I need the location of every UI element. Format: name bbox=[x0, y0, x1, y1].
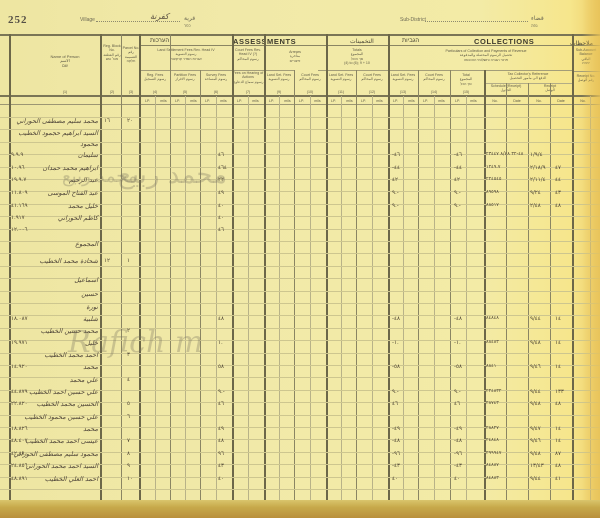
subdistrict-label: Sub-District bbox=[400, 17, 426, 23]
grid-line bbox=[0, 489, 600, 490]
col-coll-land-arabic: رسوم التسوية bbox=[388, 77, 418, 81]
person-name: المجموع bbox=[28, 240, 98, 248]
vrule-coll-total-right bbox=[484, 70, 486, 500]
person-name: سليمان bbox=[28, 151, 98, 159]
col-parcel-header: Parcel No. رقم القسيمة חלקה bbox=[122, 46, 140, 64]
survey-fee-value: ٤٨ bbox=[218, 438, 224, 444]
col-reg-fees-num: (4) bbox=[140, 90, 170, 94]
col-land-settlement-header: Land Settlement Fees Rev. Head IV رسوم ا… bbox=[140, 48, 232, 61]
col-totals-court-header: Court Fees رسوم المحاكم bbox=[356, 73, 388, 82]
col-arrears-land-header: Land Set. Fees رسوم التسوية bbox=[264, 73, 294, 82]
col-parcel-arabic: رقم القسيمة bbox=[122, 50, 140, 59]
col-court-fees-arabic: رسوم المحاكم bbox=[232, 57, 264, 61]
col-coll-land-header: Land Set. Fees رسوم التسوية bbox=[388, 73, 418, 82]
receipt-date: ١٣/٤٣ bbox=[530, 463, 544, 469]
col-totals-court-num: (12) bbox=[356, 90, 388, 94]
mils-sublabel: mils bbox=[280, 99, 295, 103]
subgroup-rule-land bbox=[140, 70, 295, 71]
parcel-number: ٨ bbox=[127, 451, 130, 457]
subheader-rule bbox=[0, 104, 600, 105]
lp-sublabel: LP. bbox=[356, 99, 371, 103]
col-coll-land-num: (13) bbox=[388, 90, 418, 94]
collector-reference: ٨٤٨٨٧ bbox=[486, 463, 499, 468]
mils-sublabel: mils bbox=[342, 99, 357, 103]
collected-land-fee: -٤٨ bbox=[392, 438, 400, 444]
subdistrict-hebrew: נפה bbox=[531, 23, 538, 28]
col-totals-land-num: (11) bbox=[326, 90, 356, 94]
receipt-balance: ٤٨ bbox=[555, 203, 561, 209]
receipt-date: ٩/٤٤ bbox=[530, 389, 541, 395]
receipt-balance: ١٤ bbox=[555, 340, 561, 346]
col-court-fees-label: Court Fees Rev. Head IV (?) bbox=[232, 48, 264, 57]
receipt-date: ٢/١١/٤ bbox=[530, 177, 546, 183]
collected-land-fee: -٩٦ bbox=[392, 451, 400, 457]
person-name: السيد ابراهيم حجمود الخطيب bbox=[28, 129, 98, 137]
parcel-number: ٥ bbox=[127, 401, 130, 407]
receipt-balance: ١٤ bbox=[555, 438, 561, 444]
vrule-reg-right bbox=[170, 34, 171, 500]
col-particulars-header: Particulars of Collection and Payments o… bbox=[400, 49, 572, 62]
area-value: ١١.٨٠٩ bbox=[11, 190, 28, 196]
collector-reference: ٢٢٤٥٤٥ bbox=[486, 177, 501, 182]
receipt-date: ٩/٤٨ bbox=[530, 401, 541, 407]
survey-fee-value: ٤٣ bbox=[218, 463, 224, 469]
mils-sublabel: mils bbox=[216, 99, 231, 103]
survey-fee-value: ٩.- bbox=[218, 389, 225, 395]
area-value: ١٩.٩٧١ bbox=[11, 340, 28, 346]
area-value: ١٨.٠٨٧ bbox=[11, 316, 28, 322]
survey-fee-value: ٤٩ bbox=[218, 426, 224, 432]
watermark-latin: Rafich m bbox=[68, 325, 203, 360]
person-name: عيسى احمد محمد الخطيب bbox=[28, 437, 98, 445]
mils-sublabel: mils bbox=[248, 99, 263, 103]
col-tax-collector-arabic: الدفع الى مأمور التحصيل bbox=[484, 76, 572, 80]
receipt-balance: ١٤ bbox=[555, 364, 561, 370]
person-name: علي حسين محمود الخطيب bbox=[28, 413, 98, 421]
lp-sublabel: LP. bbox=[388, 99, 403, 103]
vrule-arr-land-right bbox=[294, 70, 295, 500]
area-value: ١٤.٩٢٠ bbox=[11, 364, 28, 370]
collector-reference: ٨٨٤١ bbox=[486, 364, 496, 369]
mils-sublabel: mils bbox=[466, 99, 481, 103]
col-coll-court-arabic: رسوم المحاكم bbox=[418, 77, 450, 81]
person-name: حسين bbox=[28, 290, 98, 298]
person-name: شلبية bbox=[28, 315, 98, 323]
receipt-balance: ٤٧ bbox=[555, 165, 561, 171]
col-arrears-court-header: Court Fees رسوم المحاكم bbox=[294, 73, 326, 82]
col-totals-court-arabic: رسوم المحاكم bbox=[356, 77, 388, 81]
vrule-totals-right bbox=[388, 34, 390, 500]
collected-land-fee: ٩.- bbox=[392, 203, 399, 209]
person-name: خليل محمد bbox=[28, 202, 98, 210]
col-arrears-header: Arrears متأخرة פיגורים bbox=[264, 50, 326, 63]
parcel-number: ٩ bbox=[127, 463, 130, 469]
col-parcel-num: (3) bbox=[122, 90, 140, 94]
survey-fee-value: ٤٨ bbox=[218, 316, 224, 322]
mils-sublabel: mils bbox=[186, 99, 201, 103]
person-name: احمد العلي الخطيب bbox=[28, 475, 98, 483]
collector-reference: ٢٩٩٩٤٧ bbox=[486, 451, 501, 456]
survey-fee-value: ٤٠ bbox=[218, 203, 224, 209]
parcel-number: ١ bbox=[127, 258, 130, 264]
collected-land-fee: -٤٤ bbox=[392, 165, 400, 171]
page-bottom-edge bbox=[0, 500, 600, 518]
area-value: ١٩.٩.٧ bbox=[11, 177, 26, 183]
col-tax-collector-header: Tax Collector's Reference الدفع الى مأمو… bbox=[484, 72, 572, 81]
no-sublabel: No. bbox=[484, 99, 506, 103]
col-partition-fees-arabic: رسوم الافراز bbox=[170, 77, 200, 81]
lp-sublabel: LP. bbox=[326, 99, 341, 103]
block-number: ١٦ bbox=[104, 118, 110, 124]
receipt-balance: ٤١ bbox=[555, 476, 561, 482]
lp-sublabel: LP. bbox=[264, 99, 279, 103]
collected-total: -٤٩ bbox=[454, 426, 462, 432]
vrule-tot-land-right bbox=[356, 70, 357, 500]
col-name-num: (1) bbox=[55, 90, 75, 94]
person-name: اسماعيل bbox=[28, 276, 98, 284]
lp-sublabel: LP. bbox=[450, 99, 465, 103]
collected-land-fee: -٤٦ bbox=[392, 152, 400, 158]
collector-reference: ٨٤٨٤٨ bbox=[486, 316, 499, 321]
col-partition-fees-num: (5) bbox=[170, 90, 200, 94]
receipt-date: ٩/٤٨ bbox=[530, 451, 541, 457]
survey-fee-value: ٤٩ bbox=[218, 190, 224, 196]
receipt-balance: ٤٣ bbox=[555, 190, 561, 196]
collected-land-fee: -١. bbox=[392, 340, 399, 346]
col-partition-fees-header: Partition Fees رسوم الافراز bbox=[170, 73, 200, 82]
collected-total: -١. bbox=[454, 340, 461, 346]
parcel-number: ٢٠ bbox=[127, 118, 133, 124]
vrule-survey-right bbox=[232, 34, 234, 500]
col-totals-land-header: Land Set. Fees رسوم التسوية bbox=[326, 73, 356, 82]
receipt-balance: ١٤ bbox=[555, 316, 561, 322]
assessments-arabic: التخمينات bbox=[350, 38, 374, 45]
receipt-balance: ٤٨ bbox=[555, 401, 561, 407]
collected-total: -٤٣ bbox=[454, 463, 462, 469]
collected-total: -٥٨ bbox=[454, 364, 462, 370]
ledger-page: 252 Village ﻛﻔﺮﻧﺔ قرية כפר Sub-District … bbox=[0, 0, 600, 518]
col-reg-fees-arabic: رسوم التسجيل bbox=[140, 77, 170, 81]
col-block-num: (2) bbox=[102, 90, 122, 94]
subdistrict-line bbox=[425, 21, 528, 22]
date-sublabel: Date bbox=[506, 99, 528, 103]
parcel-number: ٤ bbox=[127, 377, 130, 383]
collected-total: -٤٨ bbox=[454, 438, 462, 444]
col-arrears-court-arabic: رسوم المحاكم bbox=[294, 77, 326, 81]
parcel-number: ٧ bbox=[127, 438, 130, 444]
receipt-date: ٩/٤٤ bbox=[530, 316, 541, 322]
col-totals-land-arabic: رسوم التسوية bbox=[326, 77, 356, 81]
grid-line bbox=[0, 253, 600, 254]
watermark-arabic-center: محمد ربيع bbox=[118, 160, 227, 190]
col-block-hebrew: מס׳ גוש bbox=[102, 57, 122, 61]
receipt-balance: ١٤ bbox=[555, 426, 561, 432]
parcel-number: ١٠ bbox=[127, 476, 133, 482]
village-arabic: قرية bbox=[184, 15, 195, 22]
col-arrears-hebrew: פיגורים bbox=[264, 59, 326, 63]
col-parcel-hebrew: חלקה bbox=[122, 59, 140, 63]
date-sublabel: Date bbox=[550, 99, 572, 103]
collector-reference: ٨٨٥١٧ bbox=[486, 203, 499, 208]
col-survey-fees-header: Survey Fees رسوم المساحة bbox=[200, 73, 232, 82]
vrule-hear-right bbox=[264, 34, 266, 500]
collected-total: -٩٦ bbox=[454, 451, 462, 457]
area-value: ١٢.٠٠٦ bbox=[11, 227, 28, 233]
person-name: عبد الفتاح الموسى bbox=[28, 189, 98, 197]
person-name: كاظم الحوراني bbox=[28, 214, 98, 222]
village-label: Village bbox=[80, 17, 95, 23]
mils-sublabel: mils bbox=[404, 99, 419, 103]
lp-sublabel: LP. bbox=[140, 99, 155, 103]
collector-reference: ٢٢٤٨٣٢ bbox=[486, 389, 501, 394]
lp-sublabel: LP. bbox=[418, 99, 433, 103]
collector-reference: ٨٨٤٨٣ bbox=[486, 340, 499, 345]
collected-land-fee: -٤٣ bbox=[392, 463, 400, 469]
mils-sublabel: mils bbox=[372, 99, 387, 103]
area-value: ١٠.٩٦ bbox=[11, 165, 25, 171]
receipt-date: ٩/٢٤ bbox=[530, 190, 541, 196]
parcel-number: ٦ bbox=[127, 414, 130, 420]
col-name-hebrew: שם bbox=[30, 64, 100, 68]
collected-land-fee: -٤٨ bbox=[392, 316, 400, 322]
lp-sublabel: LP. bbox=[200, 99, 215, 103]
receipt-date: ٩/٤٦ bbox=[530, 364, 541, 370]
receipt-balance: ٤٤ bbox=[555, 177, 561, 183]
col-fees-hearing-header: Fees on Hearing of Actions رسوم سماع الد… bbox=[232, 71, 264, 84]
collected-total: ٤٦ bbox=[454, 401, 460, 407]
collector-reference: ١٢٤٩.٧ bbox=[486, 165, 500, 170]
col-name-header: Name of Person الاسم שם bbox=[30, 55, 100, 68]
collected-total: ٩.- bbox=[454, 203, 461, 209]
col-survey-fees-num: (6) bbox=[200, 90, 232, 94]
col-land-settlement-hebrew: אגרות הסדר קרקעות bbox=[140, 57, 232, 61]
collected-total: ٤٢ bbox=[454, 177, 460, 183]
col-fees-hearing-num: (7) bbox=[232, 90, 264, 94]
collector-reference: ٢٨٨٢٧ bbox=[486, 426, 499, 431]
receipt-date: ٩/٤٤ bbox=[530, 476, 541, 482]
collected-total: ٩.- bbox=[454, 190, 461, 196]
collector-reference: ٢٨٧٤٣ bbox=[486, 401, 499, 406]
col-coll-total-num: (15) bbox=[450, 90, 482, 94]
vrule-receipt-right bbox=[572, 34, 574, 500]
receipt-date: ٩/٤٨ bbox=[530, 340, 541, 346]
lp-sublabel: LP. bbox=[170, 99, 185, 103]
no-sublabel: No. bbox=[528, 99, 550, 103]
grid-line bbox=[0, 266, 600, 267]
page-header: 252 Village ﻛﻔﺮﻧﺔ قرية כפר Sub-District … bbox=[0, 0, 600, 34]
collected-land-fee: ٤٠ bbox=[392, 476, 398, 482]
vrule-name-right bbox=[100, 34, 102, 500]
receipt-date: ٩/٤٦ bbox=[530, 438, 541, 444]
subgroup-rule-collections bbox=[400, 70, 572, 71]
vrule-coll-court-right bbox=[450, 70, 451, 500]
col-arrears-land-arabic: رسوم التسوية bbox=[264, 77, 294, 81]
village-hebrew: כפר bbox=[184, 23, 191, 28]
person-name: نورة bbox=[28, 303, 98, 311]
collected-total: -٤٨ bbox=[454, 316, 462, 322]
collected-total: -٤٦ bbox=[454, 152, 462, 158]
col-reg-fees-header: Reg. Fees رسوم التسجيل bbox=[140, 73, 170, 82]
person-name: محمد bbox=[28, 363, 98, 371]
col-block-label: Reg. Block No. bbox=[102, 44, 122, 53]
receipt-balance: ٨٧ bbox=[555, 451, 561, 457]
person-name: السيد احمد محمد الحوراني bbox=[28, 462, 98, 470]
collected-total: ٩.- bbox=[454, 389, 461, 395]
area-value: ١٨.٨٢٦ bbox=[11, 426, 28, 432]
vrule-coll-land-right bbox=[418, 70, 419, 500]
collected-total: -٤٤ bbox=[454, 165, 462, 171]
col-coll-court-header: Court Fees رسوم المحاكم bbox=[418, 73, 450, 82]
vrule-arrears-right bbox=[326, 34, 328, 500]
area-value: ٤٨.٨٩١ bbox=[11, 476, 28, 482]
collected-land-fee: -٥٨ bbox=[392, 364, 400, 370]
mils-sublabel: mils bbox=[434, 99, 449, 103]
col-coll-total-hebrew: סך הכל bbox=[450, 82, 482, 86]
col-particulars-hebrew: פרטי הגביה ותשלומי ההכנסה bbox=[400, 58, 572, 62]
collections-hebrew: הגביות bbox=[402, 38, 419, 44]
col-coll-total-header: Total المجموع סך הכל bbox=[450, 73, 482, 86]
survey-fee-value: ٤٦ bbox=[218, 152, 224, 158]
subdistrict-arabic: قضاء bbox=[531, 15, 544, 22]
lp-sublabel: LP. bbox=[294, 99, 309, 103]
vrule-block-right bbox=[121, 34, 122, 500]
block-number: ١٢ bbox=[104, 258, 110, 264]
person-name: محمد سليم مصطفى الحوراني bbox=[28, 117, 98, 125]
header-top-rule bbox=[0, 34, 600, 36]
person-name: الحسين محمد الخطيب bbox=[28, 400, 98, 408]
person-name: محمود bbox=[28, 140, 98, 148]
lp-sublabel: LP. bbox=[232, 99, 247, 103]
survey-fee-value: ٤٠ bbox=[218, 215, 224, 221]
collected-land-fee: -٤٩ bbox=[392, 426, 400, 432]
col-arrears-land-num: (9) bbox=[264, 90, 294, 94]
col-arrears-court-num: (10) bbox=[294, 90, 326, 94]
page-right-edge bbox=[582, 0, 600, 518]
survey-fee-value: ٩٦ bbox=[218, 451, 224, 457]
person-name: محمود سليم مصطفى الحوراني bbox=[28, 450, 98, 458]
collected-land-fee: ٩.- bbox=[392, 389, 399, 395]
village-line bbox=[96, 21, 180, 22]
col-survey-fees-arabic: رسوم المساحة bbox=[200, 77, 232, 81]
survey-fee-value: ٤٠ bbox=[218, 476, 224, 482]
collected-land-fee: ٤٢ bbox=[392, 177, 398, 183]
survey-fee-value: ٤٦ bbox=[218, 401, 224, 407]
page-number: 252 bbox=[8, 14, 28, 26]
area-value: ٩.٩.٩ bbox=[11, 152, 23, 158]
person-name: محمد bbox=[28, 425, 98, 433]
area-value: ١.٩١٧ bbox=[11, 215, 25, 221]
receipt-date: ٩/٤٧ bbox=[530, 426, 541, 432]
survey-fee-value: ١. bbox=[218, 340, 223, 346]
collector-reference: ٢٤٨٤٨ bbox=[486, 438, 499, 443]
col-court-fees-header: Court Fees Rev. Head IV (?) رسوم المحاكم bbox=[232, 48, 264, 61]
collected-land-fee: ٤٦ bbox=[392, 401, 398, 407]
survey-fee-value: ٤٦ bbox=[218, 227, 224, 233]
mils-sublabel: mils bbox=[310, 99, 325, 103]
collected-total: ٤٠ bbox=[454, 476, 460, 482]
header-bottom-rule bbox=[0, 95, 600, 97]
receipt-balance: ١٣٣ bbox=[555, 389, 564, 395]
person-name: علي محمد bbox=[28, 376, 98, 384]
collector-reference: ٨٤٨٨٣ bbox=[486, 476, 499, 481]
survey-fee-value: ٥٨ bbox=[218, 364, 224, 370]
receipt-date: ١/٩/٤ bbox=[530, 152, 543, 158]
col-coll-court-num: (14) bbox=[418, 90, 450, 94]
area-value: ٤١.١٦٩ bbox=[11, 203, 28, 209]
vrule-part-right bbox=[200, 70, 201, 500]
collected-land-fee: ٩.- bbox=[392, 190, 399, 196]
col-fees-hearing-label: Fees on Hearing of Actions bbox=[232, 71, 264, 80]
vrule-parcel-right bbox=[139, 34, 141, 500]
col-totals-header: Totals المجموع סך הכול (4) to (6); 9 + 1… bbox=[326, 48, 388, 66]
area-value: ٤٤.٨٧٩ bbox=[11, 389, 28, 395]
grid-line bbox=[0, 229, 600, 230]
col-block-header: Reg. Block No. رقم القطعة מס׳ גוש bbox=[102, 44, 122, 62]
col-fees-hearing-arabic: رسوم سماع الدعاوى bbox=[232, 80, 264, 84]
receipt-date: ٢/١٨/٩ bbox=[530, 165, 546, 171]
receipt-date: ٢/٤٨ bbox=[530, 203, 541, 209]
person-name: شحادة محمد الخطيب bbox=[28, 257, 98, 265]
section-title-rule bbox=[140, 45, 600, 46]
assessments-hebrew: הערכות bbox=[150, 38, 169, 44]
receipt-balance: ٤٨ bbox=[555, 463, 561, 469]
collector-reference: ٤٨-٣٢ ٨/٤٨ ٢٣٤٤٧ bbox=[486, 152, 523, 157]
village-handwritten: ﻛﻔﺮﻧﺔ bbox=[150, 12, 169, 21]
area-value: ٢٢.٨٢٠ bbox=[11, 401, 28, 407]
collector-reference: ٨٩٥٩٨ bbox=[486, 190, 499, 195]
col-totals-sub: (4) to (6); 9 + 10 bbox=[326, 61, 388, 65]
person-name: علي حسين احمد الخطيب bbox=[28, 388, 98, 396]
mils-sublabel: mils bbox=[156, 99, 171, 103]
